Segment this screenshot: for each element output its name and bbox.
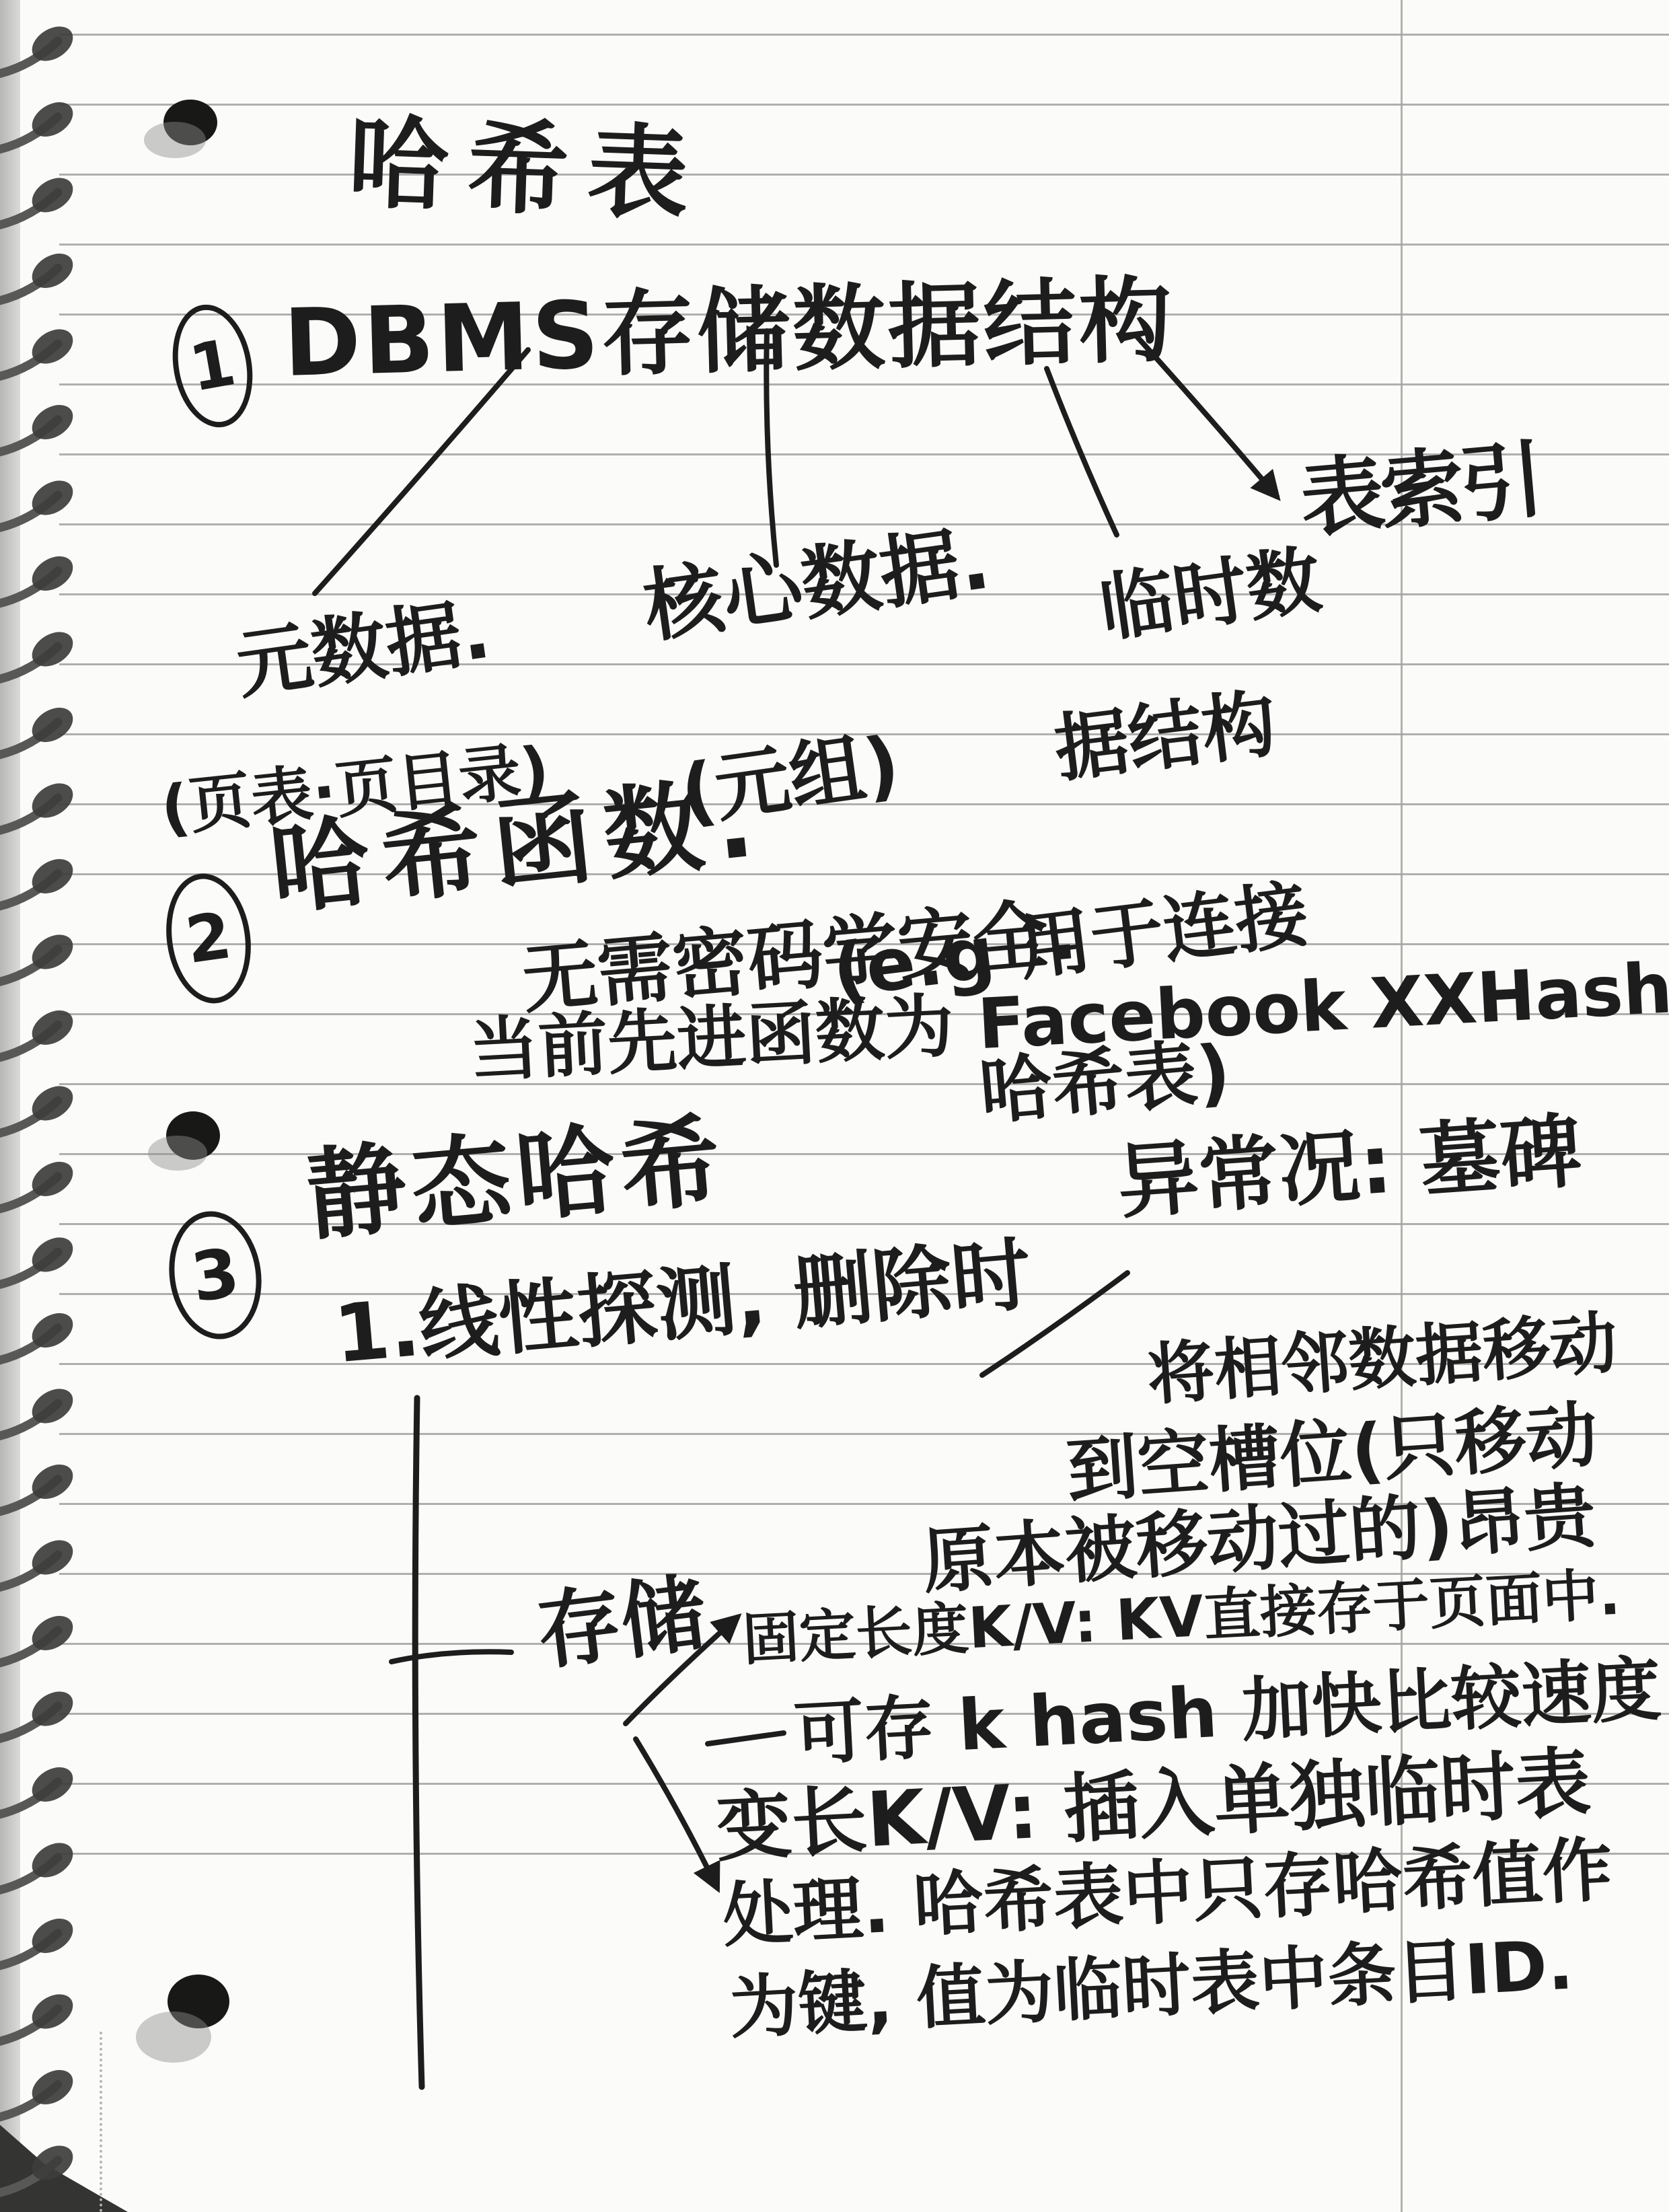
section1-heading: DBMS存储数据结构 xyxy=(283,274,1176,390)
dash-fixed-kv-line2 xyxy=(708,1733,784,1744)
brace-line-storage xyxy=(415,1398,422,2087)
note-title: 哈希表 xyxy=(346,113,709,227)
storage-label: 存储 xyxy=(533,1572,710,1676)
arrow-variable-kv xyxy=(636,1739,717,1888)
notebook-page: 哈希表 1 DBMS存储数据结构 元数据. (页表·页目录) 核心数据. (元组… xyxy=(0,0,1669,2212)
dash-storage xyxy=(392,1652,511,1662)
table-index-label: 表索引 xyxy=(1297,438,1544,543)
connector-temp-data xyxy=(1047,369,1117,535)
